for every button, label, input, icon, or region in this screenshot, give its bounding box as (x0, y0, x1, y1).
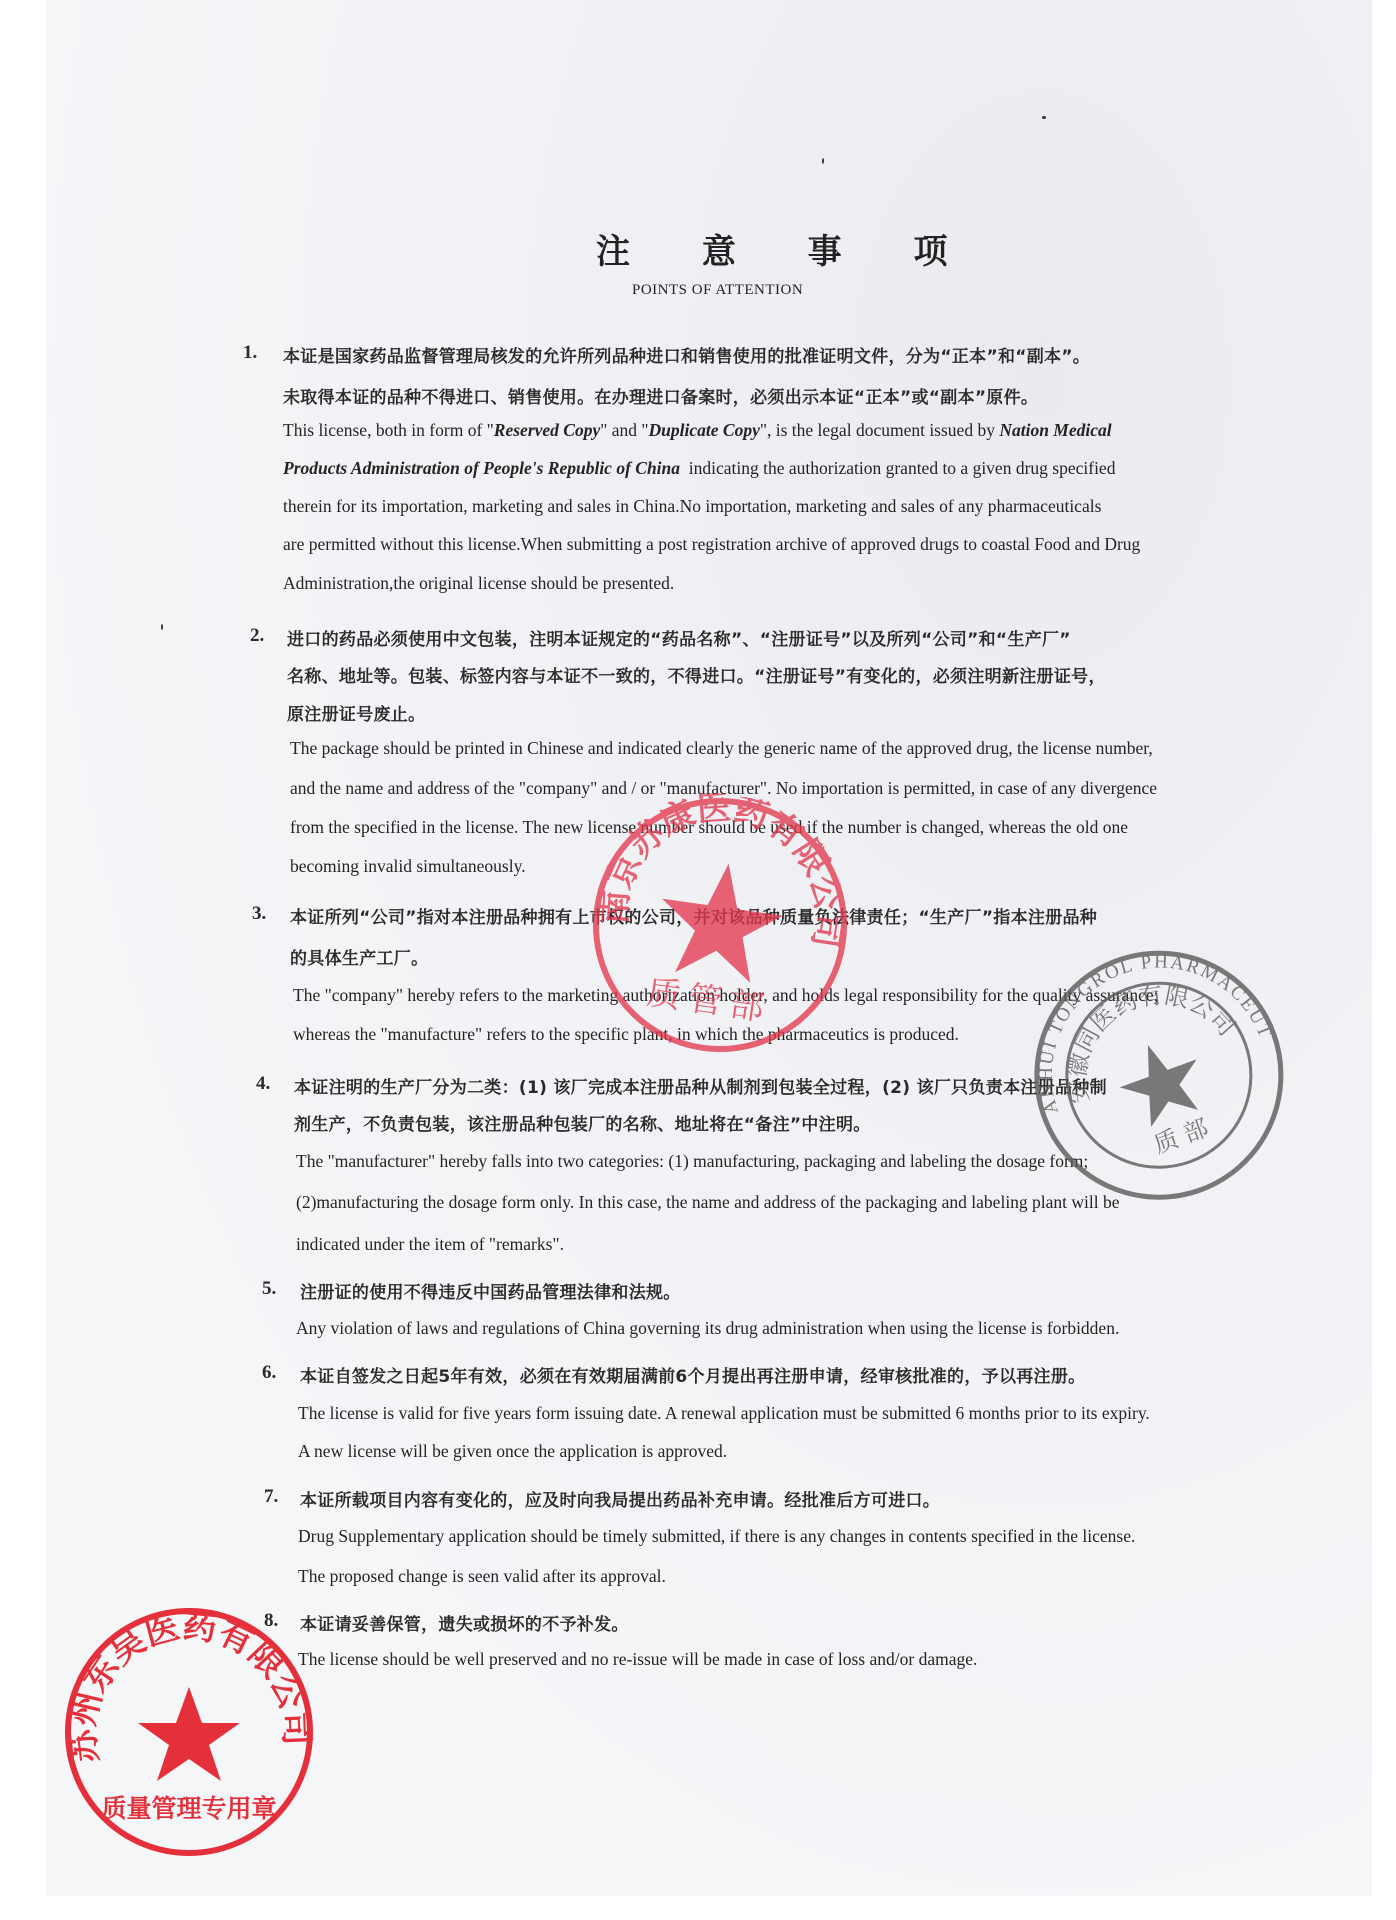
item-7-zh-line: 本证所载项目内容有变化的，应及时向我局提出药品补充申请。经批准后方可进口。 (300, 1486, 940, 1511)
item-1-en-line-2: Products Administration of People's Repu… (283, 458, 1115, 479)
star-icon (652, 855, 789, 986)
item-7-en-line: Drug Supplementary application should be… (298, 1526, 1135, 1547)
item-6-en-line: The license is valid for five years form… (298, 1403, 1150, 1424)
item-4-zh-line: 本证注明的生产厂分为二类：(1) 该厂完成本注册品种从制剂到包装全过程，(2) … (294, 1073, 1107, 1098)
item-2-zh-line: 名称、地址等。包装、标签内容与本证不一致的，不得进口。“注册证号”有变化的，必须… (287, 662, 1106, 687)
item-1-en-line: therein for its importation, marketing a… (283, 496, 1101, 517)
item-1-zh-line: 未取得本证的品种不得进口、销售使用。在办理进口备案时，必须出示本证“正本”或“副… (283, 383, 1038, 408)
item-8-zh-line: 本证请妥善保管，遗失或损坏的不予补发。 (300, 1610, 629, 1635)
item-5-number: 5. (262, 1278, 276, 1300)
item-3-number: 3. (252, 903, 266, 925)
item-4-en-line: The "manufacturer" hereby falls into two… (296, 1151, 1088, 1172)
italic-term: Products Administration of People's Repu… (283, 458, 680, 478)
stamp-center-text: 质量管理专用章 (101, 1794, 276, 1823)
stamp-center-text: 质 部 (1150, 1114, 1212, 1159)
item-4-en-line: indicated under the item of "remarks". (296, 1234, 564, 1255)
item-5-zh-line: 注册证的使用不得违反中国药品管理法律和法规。 (300, 1278, 681, 1303)
item-5-en-line: Any violation of laws and regulations of… (296, 1318, 1119, 1339)
item-4-zh-line: 剂生产，不负责包装，该注册品种包装厂的名称、地址将在“备注”中注明。 (294, 1110, 871, 1135)
nanjing-sukang-stamp: 南京苏康医药有限公司 质管部 (573, 778, 867, 1072)
item-1-en-line: are permitted without this license.When … (283, 534, 1140, 555)
item-7-en-line: The proposed change is seen valid after … (298, 1566, 666, 1587)
scan-speck (161, 624, 163, 630)
item-6-zh-line: 本证自签发之日起5年有效，必须在有效期届满前6个月提出再注册申请，经审核批准的，… (300, 1362, 1085, 1387)
item-2-zh-line: 原注册证号废止。 (287, 700, 425, 725)
item-4-en-line: (2)manufacturing the dosage form only. I… (296, 1192, 1120, 1213)
item-2-number: 2. (250, 625, 264, 647)
item-1-zh-line: 本证是国家药品监督管理局核发的允许所列品种进口和销售使用的批准证明文件，分为“正… (283, 342, 1090, 367)
item-1-number: 1. (243, 342, 257, 364)
item-2-en-line: becoming invalid simultaneously. (290, 856, 526, 877)
item-1-en-line: Administration,the original license shou… (283, 573, 674, 594)
item-7-number: 7. (264, 1486, 278, 1508)
item-6-number: 6. (262, 1362, 276, 1384)
item-6-en-line: A new license will be given once the app… (298, 1441, 727, 1462)
item-8-en-line: The license should be well preserved and… (298, 1649, 977, 1670)
stamp-graphic: 南京苏康医药有限公司 质管部 (573, 778, 867, 1072)
page-title: 注 意 事 项 (596, 224, 978, 273)
item-2-en-line: The package should be printed in Chinese… (290, 738, 1153, 759)
item-4-number: 4. (256, 1073, 270, 1095)
italic-term: Duplicate Copy (649, 420, 760, 440)
item-3-zh-line: 的具体生产工厂。 (290, 944, 428, 969)
italic-term: Reserved Copy (494, 420, 600, 440)
stamp-center-text: 质管部 (644, 973, 774, 1030)
italic-term: Nation Medical (999, 420, 1111, 440)
item-1-en-line-1: This license, both in form of "Reserved … (283, 420, 1112, 441)
scan-speck (1042, 116, 1046, 119)
stamp-graphic: 苏州东吴医药有限公司 质量管理专用章 (62, 1605, 317, 1860)
scan-speck (822, 158, 824, 164)
page-subtitle: POINTS OF ATTENTION (632, 282, 803, 299)
item-2-zh-line: 进口的药品必须使用中文包装，注明本证规定的“药品名称”、“注册证号”以及所列“公… (287, 625, 1071, 650)
star-icon (138, 1687, 240, 1781)
suzhou-dongwu-stamp: 苏州东吴医药有限公司 质量管理专用章 (62, 1605, 317, 1860)
